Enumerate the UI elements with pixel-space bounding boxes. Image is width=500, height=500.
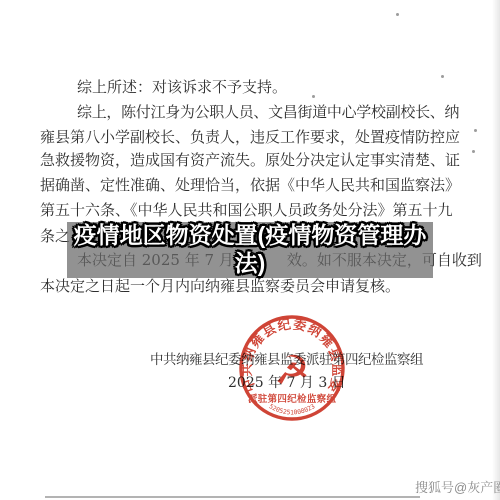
doc-line-5: 据确凿、定性准确、处理恰当，依据《中华人民共和国监察法》 — [40, 176, 460, 195]
doc-line-4: 急救援物资，造成国有资产流失。原处分决定认定事实清楚、证 — [40, 151, 460, 170]
doc-line-3: 雍县第八小学副校长、负责人，违反工作要求，处置疫情防控应 — [40, 128, 460, 147]
scan-speck — [396, 13, 399, 16]
caption-title: 疫情地区物资处置(疫情物资管理办法) — [67, 221, 433, 277]
doc-line-7-partially-hidden: 条之 — [40, 227, 70, 246]
page-right-edge-shadow — [492, 0, 500, 500]
scan-speck — [472, 150, 475, 153]
doc-line-2: 综上，陈付江身为公职人员、文昌街道中心学校副校长、纳 — [77, 103, 459, 122]
bottom-scan-line — [45, 496, 420, 498]
seal-row-text: 派驻第四纪检监察组 — [248, 393, 336, 405]
hammer-sickle-icon: ☭ — [274, 348, 310, 394]
scan-speck — [441, 75, 444, 78]
doc-line-6: 第五十六条、《中华人民共和国公职人员政务处分法》第五十九 — [40, 201, 453, 220]
scan-speck — [474, 129, 477, 132]
scanned-document-page: 综上所述：对该诉求不予支持。 综上，陈付江身为公职人员、文昌街道中心学校副校长、… — [0, 0, 500, 500]
official-seal: 中共纳雍县纪委纳雍县监委 ☭ 派驻第四纪检监察组 5205251008023 — [236, 314, 348, 426]
sohu-watermark: 搜狐号@灰产圈 — [415, 477, 500, 496]
scan-speck — [312, 95, 315, 98]
doc-line-9: 本决定之日起一个月内向纳雍县监察委员会申请复核。 — [40, 277, 400, 296]
doc-line-conclusion: 综上所述：对该诉求不予支持。 — [77, 78, 287, 97]
